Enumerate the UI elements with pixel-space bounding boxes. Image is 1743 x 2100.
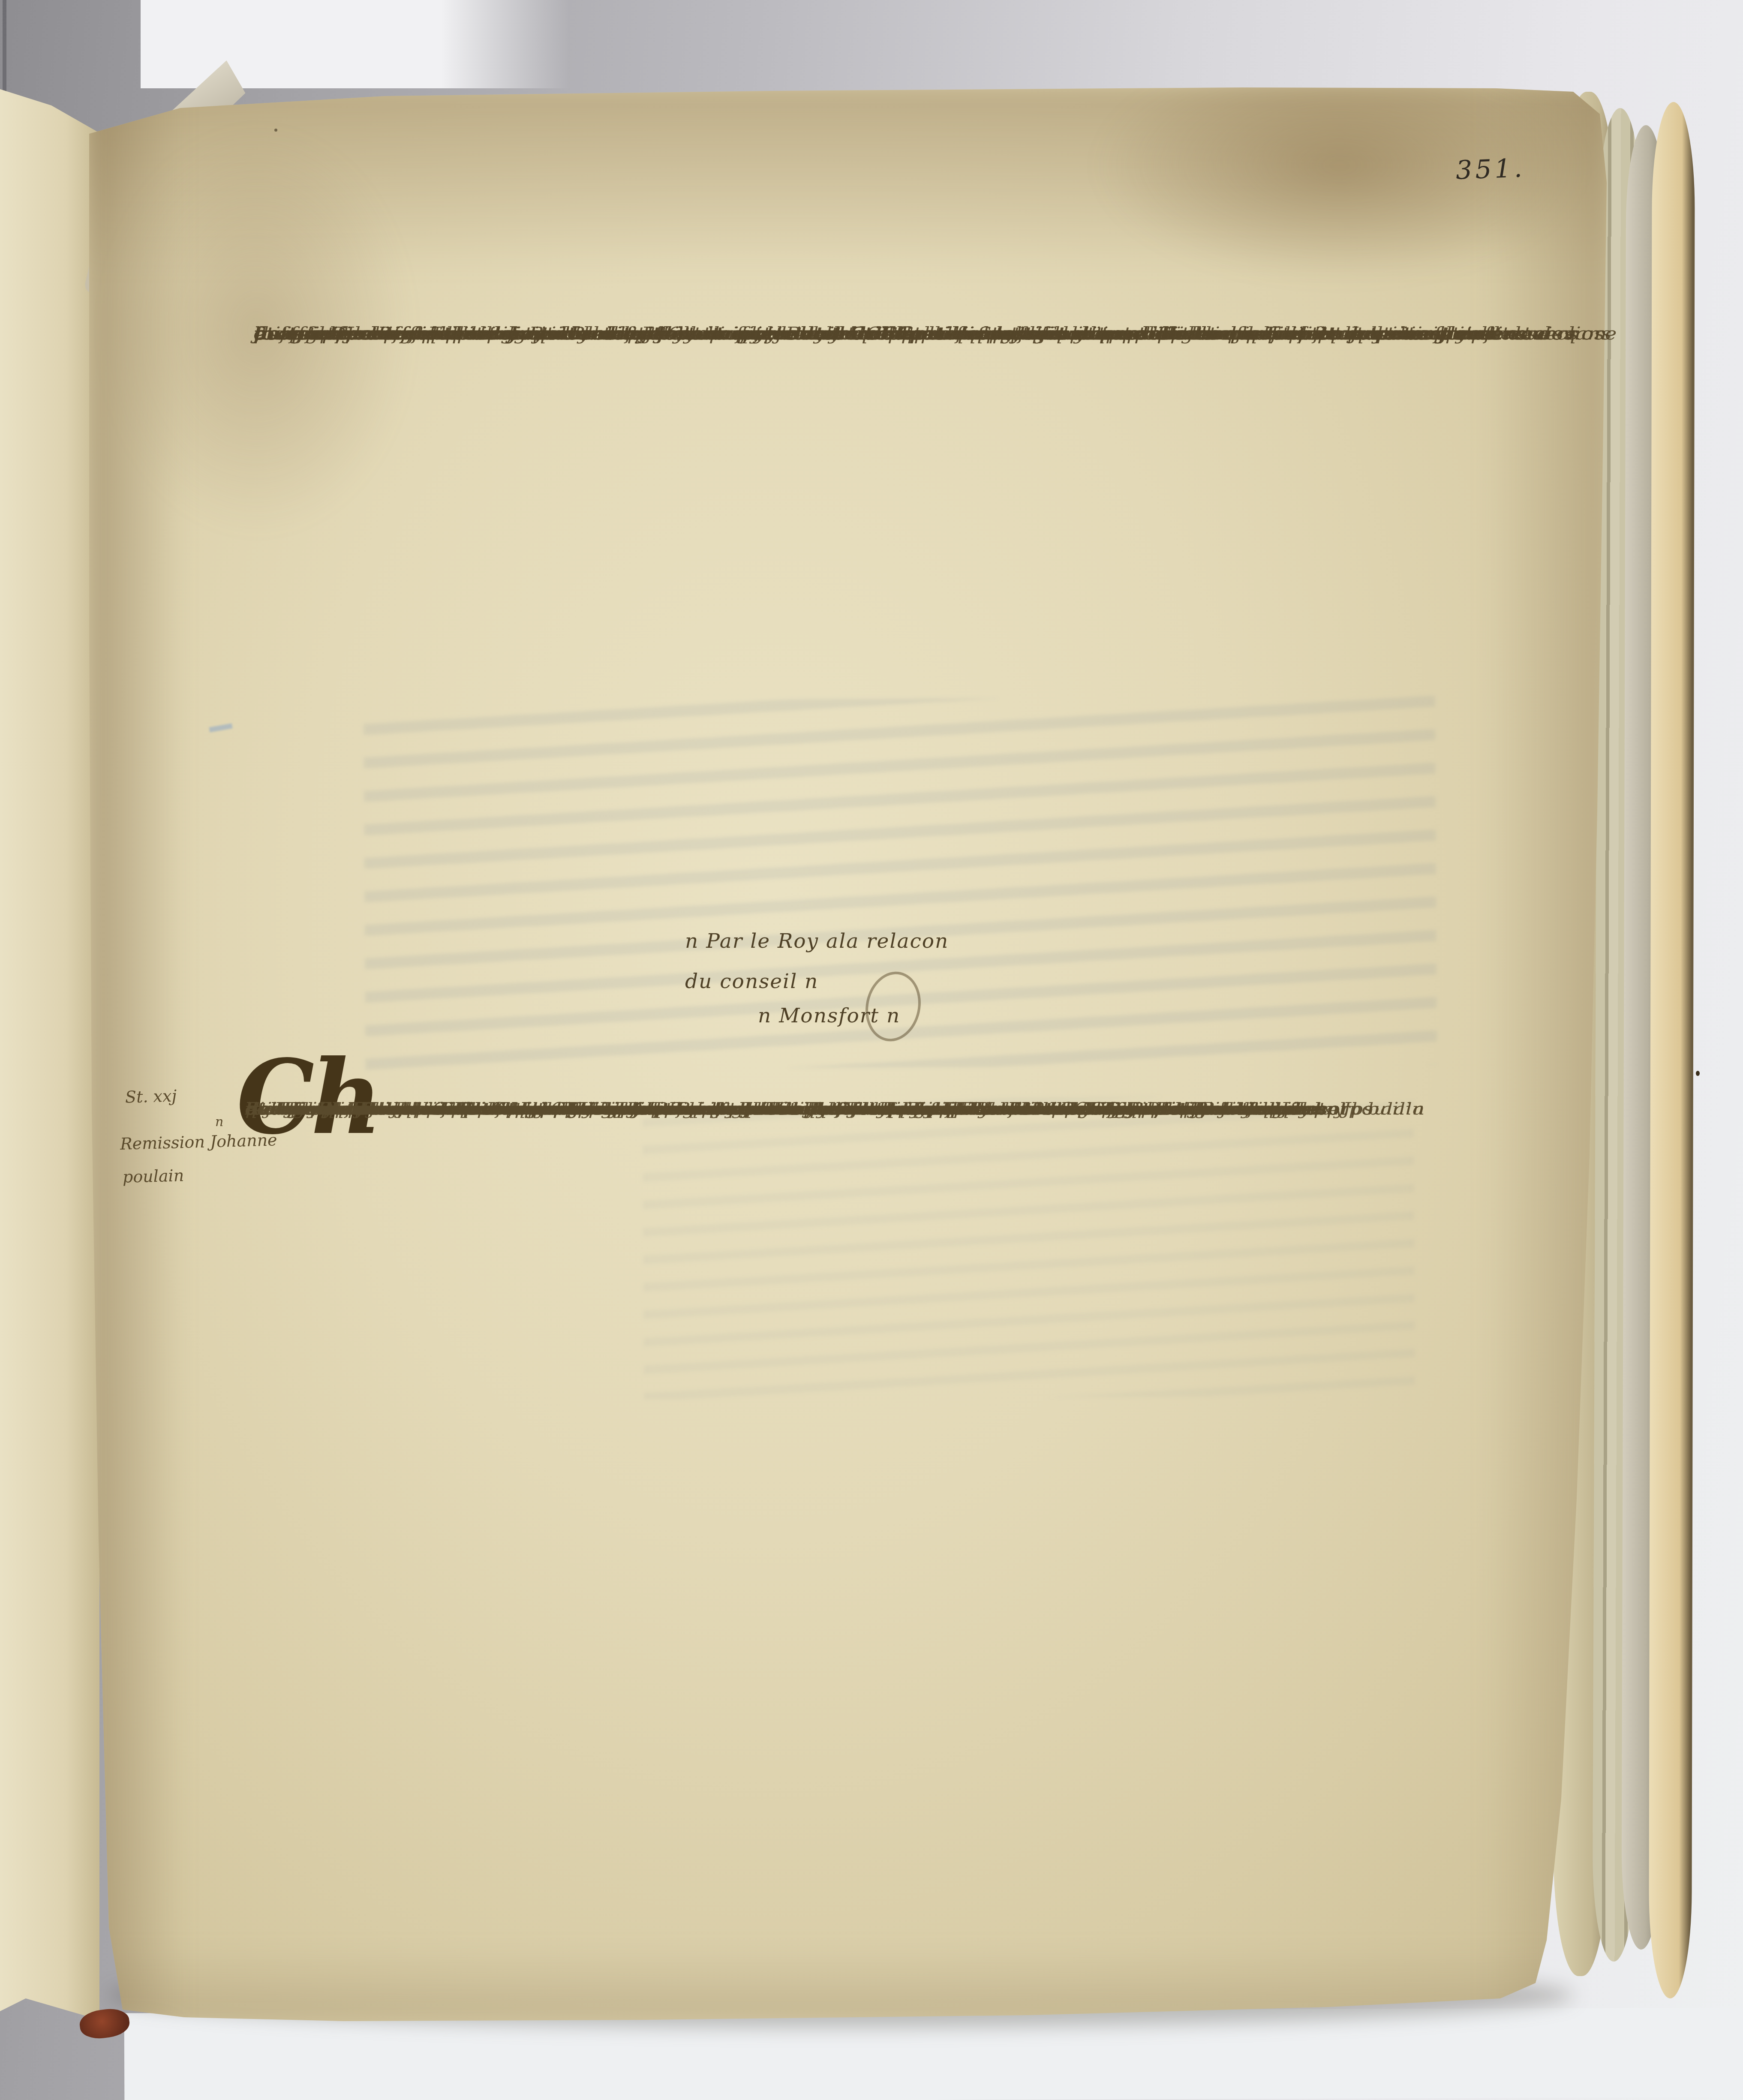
manuscript-photo: 351. msericorde sicome sesdiz amis dient… bbox=[0, 0, 1743, 2100]
gutter-shadow bbox=[86, 84, 184, 2022]
marginal-note-mark: n bbox=[215, 1115, 223, 1130]
folio-number: 351. bbox=[1455, 153, 1526, 186]
ink-bleedthrough-ghost-2 bbox=[642, 1095, 1415, 1399]
white-backdrop-sheet-top bbox=[141, 0, 569, 88]
ink-speck bbox=[274, 129, 277, 132]
manuscript-line: toutes Donne apud ou mois de may lan de … bbox=[254, 318, 1329, 349]
facing-verso-page-edge bbox=[0, 86, 99, 2023]
marginal-note-heading: St. xxj bbox=[125, 1086, 177, 1106]
chancery-subscription-line-2: du conseil n bbox=[685, 970, 818, 993]
manuscript-line: et se vie laisse prins et mis prisonnier… bbox=[245, 1096, 1317, 1123]
page-stack-edge-4 bbox=[1649, 102, 1695, 1998]
marginal-note-name: poulain bbox=[122, 1166, 184, 1187]
chancery-subscription-line-1: n Par le Roy ala relacon bbox=[685, 929, 949, 953]
signature-monsfort: n Monsfort n bbox=[758, 1004, 900, 1027]
ink-speck bbox=[1696, 1071, 1700, 1076]
